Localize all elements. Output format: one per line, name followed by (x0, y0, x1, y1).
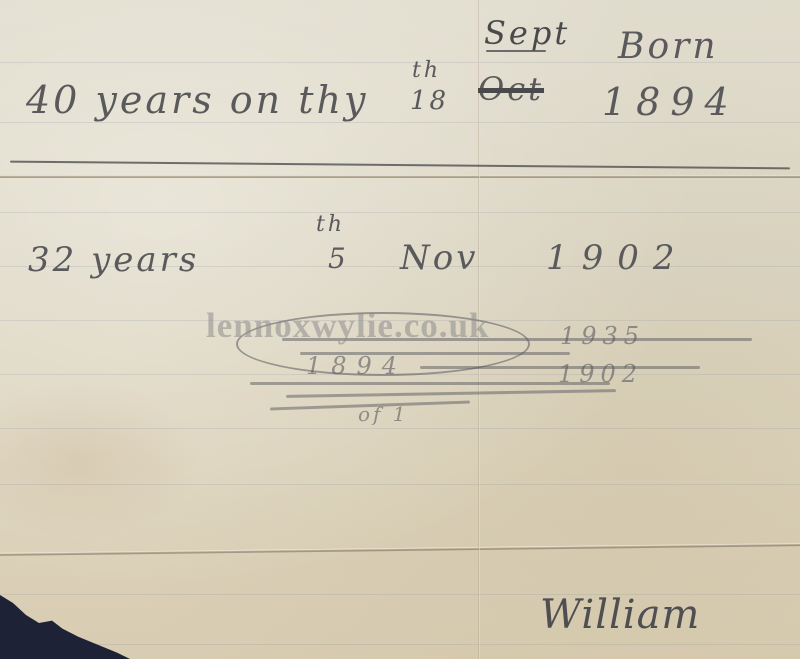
signature: William (540, 592, 700, 638)
horizontal-fold-crease (0, 543, 800, 556)
line1-born: Born (618, 26, 719, 67)
line1-text: 40 years on thy (26, 78, 368, 122)
line1-month-inserted: Sept (484, 14, 570, 52)
scribble-line (250, 382, 610, 385)
ruled-line (0, 484, 800, 485)
ruled-line (0, 212, 800, 213)
line2-month: Nov (400, 238, 478, 278)
line2-text: 32 years (28, 240, 199, 280)
crossed-year-top: 1935 (560, 322, 645, 350)
scribble-line (286, 389, 616, 398)
ruled-line (0, 428, 800, 429)
scribble-line (420, 366, 700, 369)
torn-corner (0, 579, 130, 659)
line1-day: 18 (410, 86, 449, 116)
line1-day-superscript: th (412, 58, 441, 83)
month-underline (486, 50, 546, 52)
pencil-underline (10, 161, 790, 170)
horizontal-fold-crease (0, 175, 800, 178)
document-page: 40 years on thy th 18 Sept Oct Born 1894… (0, 0, 800, 659)
line2-day: 5 (328, 242, 349, 275)
watermark: lennoxwylie.co.uk (206, 306, 489, 346)
line1-year: 1894 (602, 80, 739, 124)
scribble-line (300, 352, 570, 355)
line2-day-superscript: th (316, 212, 345, 237)
ruled-line (0, 644, 800, 645)
line1-month-struck: Oct (478, 70, 544, 108)
line2-year: 1902 (546, 238, 689, 278)
